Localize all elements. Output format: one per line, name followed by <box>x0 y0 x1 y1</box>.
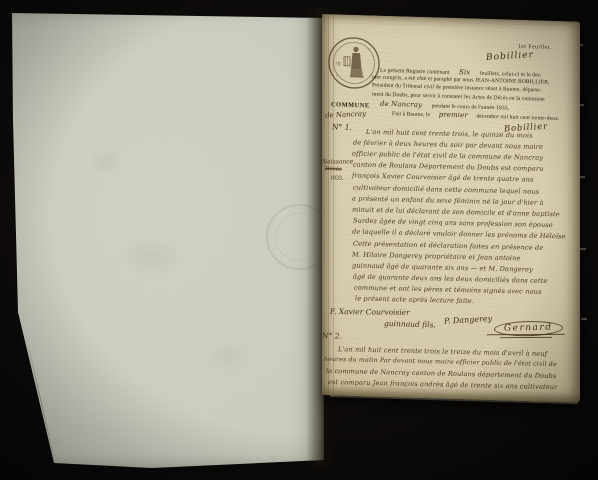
margin-year: 1833. <box>330 175 344 181</box>
acte1-line: canton de Roulans Département du Doubs e… <box>353 161 544 173</box>
signature-declarant: F. Xavier Courvoisier <box>330 307 410 317</box>
preamble-handwritten-count: Six <box>451 68 478 77</box>
scanned-register-photo: 70 1er Feuillet. Bobillier Le présent Re… <box>0 0 598 480</box>
acte1-line: M. Hilaire Dangerey propriétaire et Jean… <box>352 250 521 262</box>
acte2-numero: N° 2. <box>322 331 342 341</box>
acte1-line: guinnaud âgé de quarante six ans — et M.… <box>352 262 533 274</box>
stamp-denomination: 70 <box>335 61 341 67</box>
bobillier-signature-top: Bobillier <box>486 50 535 63</box>
commune-handwritten-name: de Nancray <box>325 110 367 120</box>
paper-crease <box>24 330 56 467</box>
acte1-line: Cette présentation et déclaration faites… <box>353 240 543 252</box>
preamble-handwritten-commune: de Nancray <box>380 100 430 109</box>
acte1-line: a présenté un enfant du sexe féminin né … <box>352 195 544 207</box>
sheet-edge-tick <box>581 318 587 320</box>
acte1-line: de laquelle il a déclaré vouloir donner … <box>352 228 566 241</box>
commune-label: COMMUNE <box>331 101 370 109</box>
signature-temoin-1: guinnaud fils, <box>384 319 436 330</box>
register-recto-page: 70 1er Feuillet. Bobillier Le présent Re… <box>322 14 580 403</box>
signature-temoin-2: P. Dangerey <box>444 314 493 326</box>
acte1-line: françois Xavier Courvoisier âgé de trent… <box>352 172 533 184</box>
acte1-line: cultivateur domicilié dans cette commune… <box>353 184 539 196</box>
left-blank-page <box>0 0 326 475</box>
acte1-line: de février à deux heures du soir par dev… <box>353 139 543 151</box>
sheet-edge-tick <box>580 248 586 250</box>
acte2-line: heures du matin Par devant nous maire of… <box>324 356 557 368</box>
preamble-handwritten-date: premier <box>432 110 475 119</box>
acte2-line: est comparu Jean françois andrès âgé de … <box>328 378 557 391</box>
acte1-line: le présent acte après lecture faite. <box>355 294 474 305</box>
acte1-line: Surdez âgée de vingt cinq ans sans profe… <box>353 217 553 230</box>
acte1-line: âgé de quarante deux ans les deux domici… <box>353 273 547 285</box>
acte1-line: officier public de l'état civil de la co… <box>352 150 543 162</box>
preamble-line: Fait à Baume, le premier décembre mil hu… <box>392 109 560 122</box>
preamble-text: Fait à Baume, le <box>392 111 430 118</box>
signature-underline <box>500 337 552 338</box>
margin-acte-type: Naissance <box>322 158 353 165</box>
acte1-numero: N° 1. <box>332 122 352 132</box>
margin-struck-word: Décès <box>325 166 342 172</box>
